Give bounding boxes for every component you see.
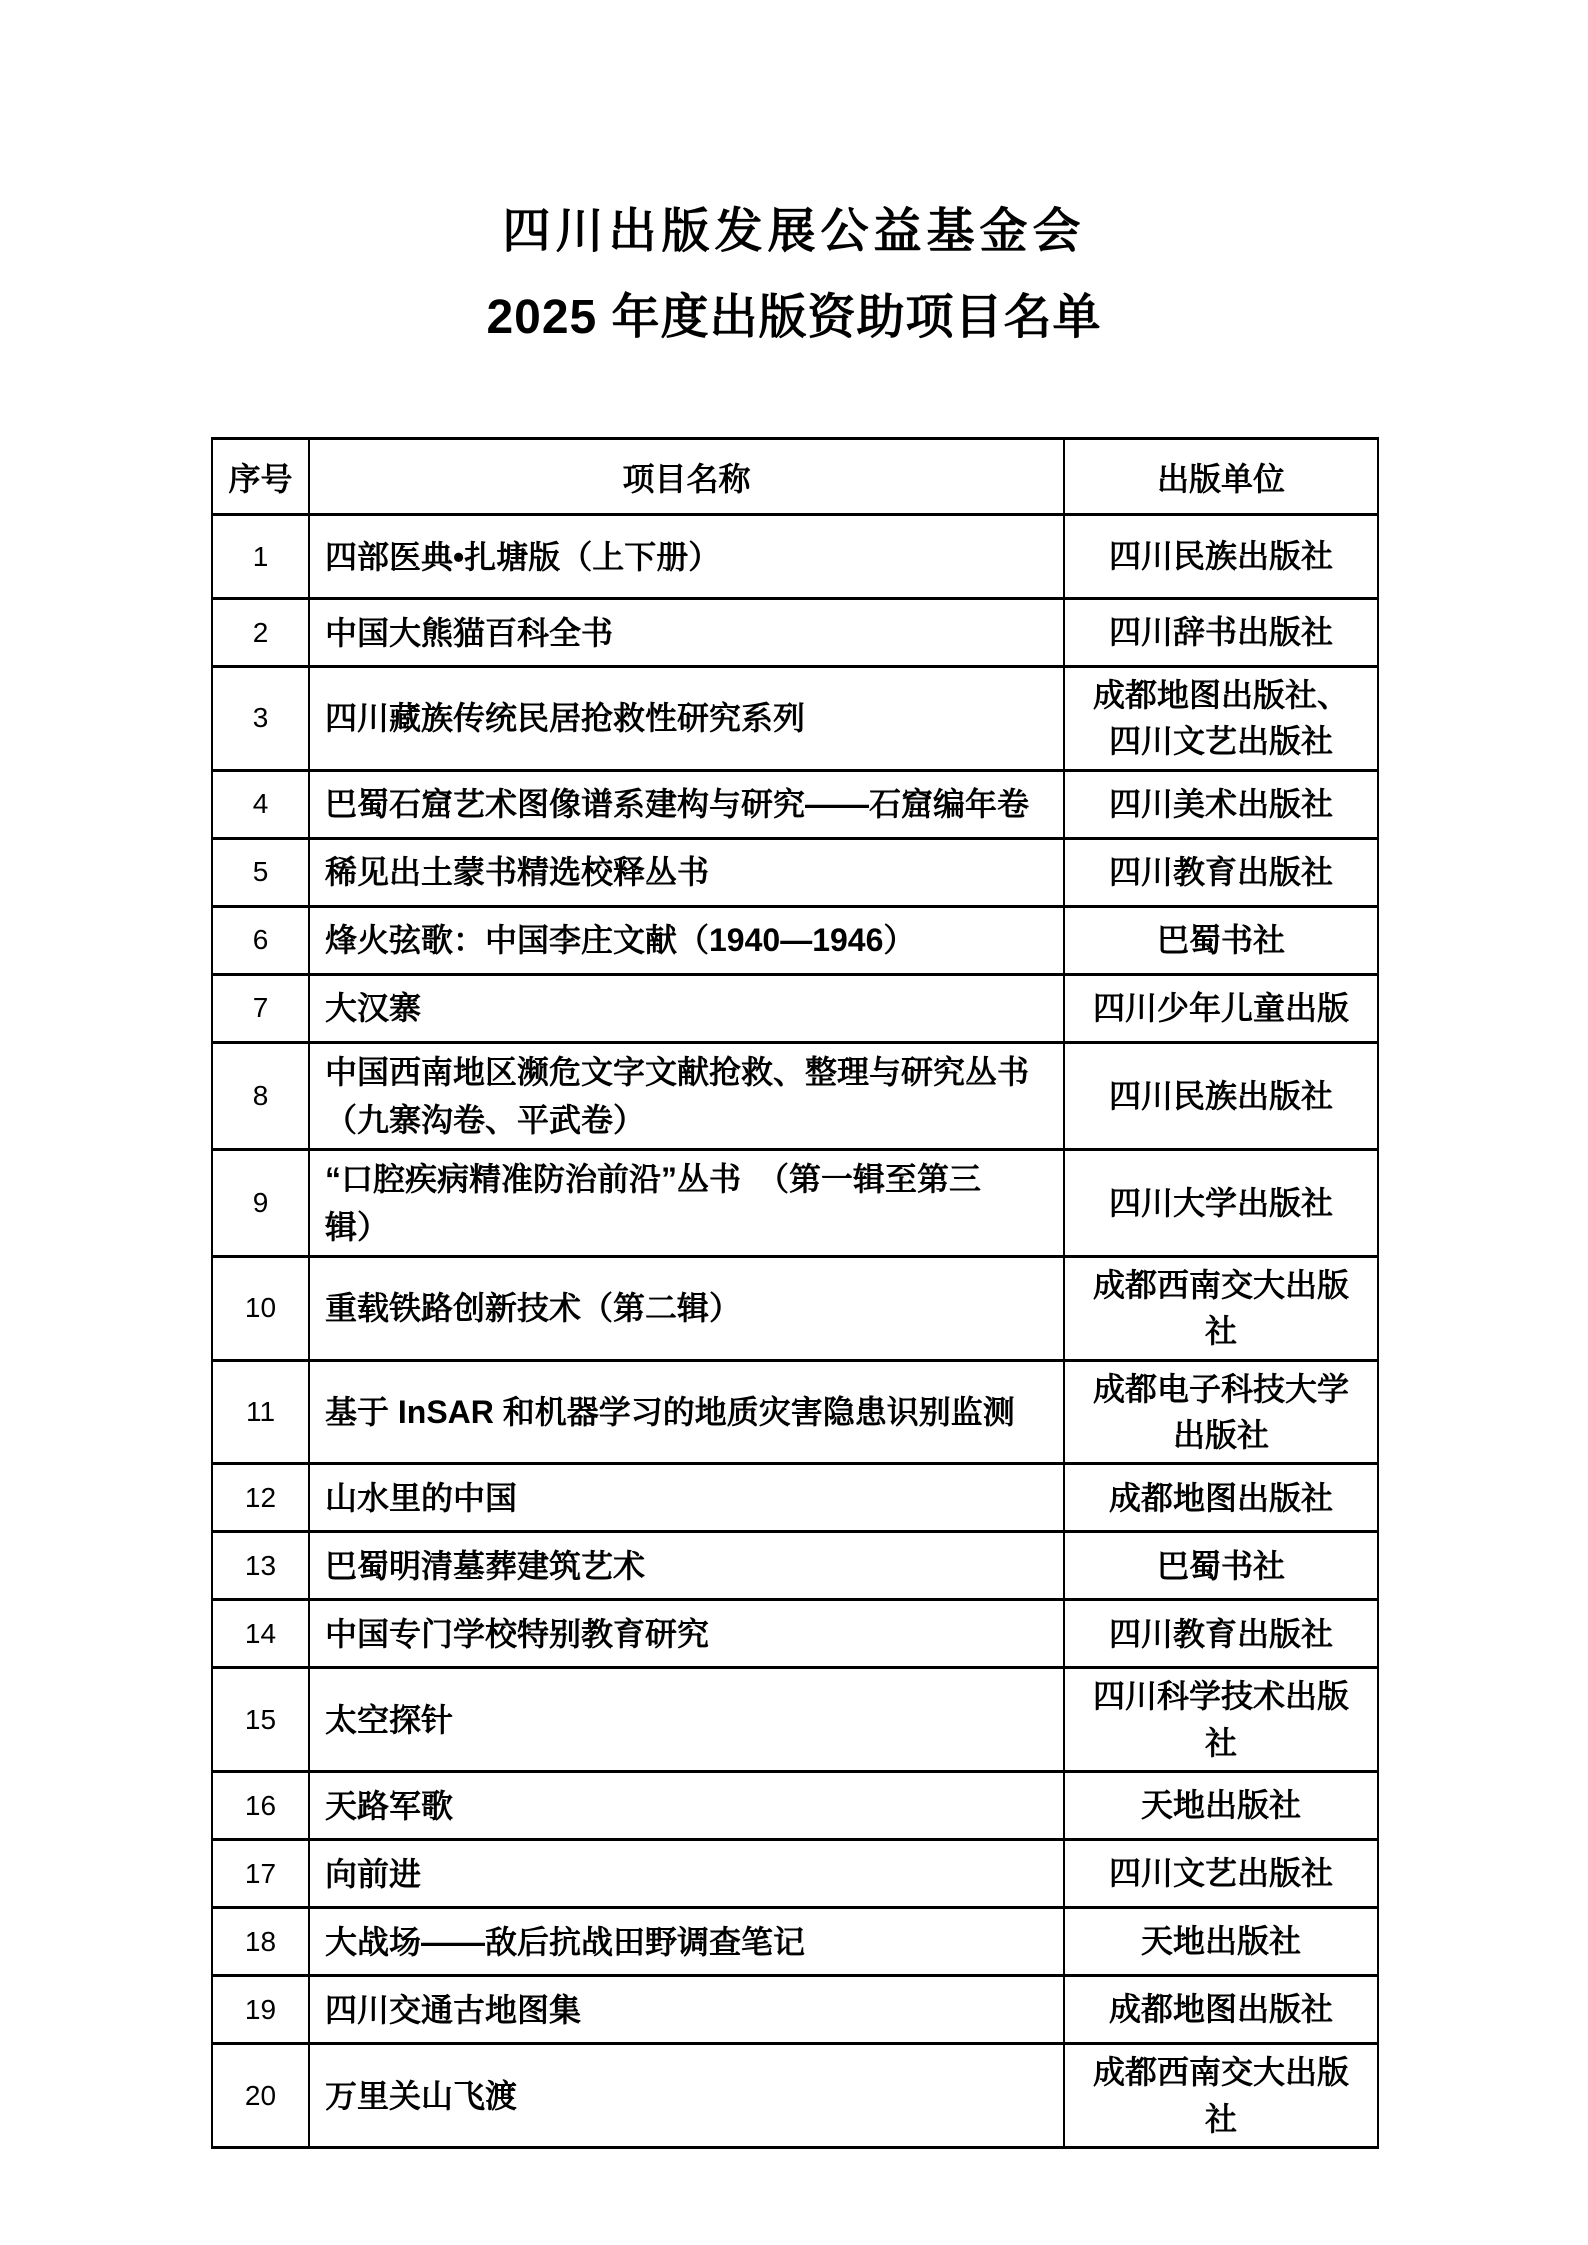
table-row: 7大汉寨四川少年儿童出版 bbox=[212, 974, 1378, 1042]
row-index-cell: 8 bbox=[212, 1042, 309, 1149]
row-index-cell: 5 bbox=[212, 838, 309, 906]
header-publisher: 出版单位 bbox=[1064, 439, 1378, 515]
row-index-cell: 9 bbox=[212, 1149, 309, 1256]
table-body: 1四部医典•扎塘版（上下册）四川民族出版社2中国大熊猫百科全书四川辞书出版社3四… bbox=[212, 515, 1378, 2148]
publisher-cell: 成都西南交大出版 社 bbox=[1064, 2044, 1378, 2148]
table-row: 14中国专门学校特别教育研究四川教育出版社 bbox=[212, 1600, 1378, 1668]
row-index-cell: 14 bbox=[212, 1600, 309, 1668]
project-name-cell: 四部医典•扎塘版（上下册） bbox=[309, 515, 1064, 599]
publisher-cell: 成都西南交大出版 社 bbox=[1064, 1256, 1378, 1360]
project-name-cell: 万里关山飞渡 bbox=[309, 2044, 1064, 2148]
table-row: 1四部医典•扎塘版（上下册）四川民族出版社 bbox=[212, 515, 1378, 599]
publisher-cell: 成都地图出版社 bbox=[1064, 1464, 1378, 1532]
table-row: 11基于 InSAR 和机器学习的地质灾害隐患识别监测成都电子科技大学 出版社 bbox=[212, 1360, 1378, 1464]
publisher-cell: 四川科学技术出版 社 bbox=[1064, 1668, 1378, 1772]
table-row: 10重载铁路创新技术（第二辑）成都西南交大出版 社 bbox=[212, 1256, 1378, 1360]
table-row: 16天路军歌天地出版社 bbox=[212, 1772, 1378, 1840]
row-index-cell: 17 bbox=[212, 1840, 309, 1908]
funding-projects-table: 序号 项目名称 出版单位 1四部医典•扎塘版（上下册）四川民族出版社2中国大熊猫… bbox=[211, 437, 1379, 2149]
publisher-cell: 成都电子科技大学 出版社 bbox=[1064, 1360, 1378, 1464]
table-row: 17向前进四川文艺出版社 bbox=[212, 1840, 1378, 1908]
row-index-cell: 7 bbox=[212, 974, 309, 1042]
project-name-cell: 重载铁路创新技术（第二辑） bbox=[309, 1256, 1064, 1360]
project-name-cell: 太空探针 bbox=[309, 1668, 1064, 1772]
project-name-cell: 基于 InSAR 和机器学习的地质灾害隐患识别监测 bbox=[309, 1360, 1064, 1464]
publisher-cell: 天地出版社 bbox=[1064, 1908, 1378, 1976]
row-index-cell: 16 bbox=[212, 1772, 309, 1840]
project-name-cell: 山水里的中国 bbox=[309, 1464, 1064, 1532]
project-name-cell: 天路军歌 bbox=[309, 1772, 1064, 1840]
publisher-cell: 成都地图出版社 bbox=[1064, 1976, 1378, 2044]
row-index-cell: 11 bbox=[212, 1360, 309, 1464]
document-title-line1: 四川出版发展公益基金会 bbox=[0, 204, 1588, 259]
row-index-cell: 12 bbox=[212, 1464, 309, 1532]
project-name-cell: 四川藏族传统民居抢救性研究系列 bbox=[309, 667, 1064, 771]
row-index-cell: 3 bbox=[212, 667, 309, 771]
publisher-cell: 四川辞书出版社 bbox=[1064, 599, 1378, 667]
project-name-cell: 四川交通古地图集 bbox=[309, 1976, 1064, 2044]
publisher-cell: 四川教育出版社 bbox=[1064, 1600, 1378, 1668]
row-index-cell: 13 bbox=[212, 1532, 309, 1600]
table-row: 20万里关山飞渡成都西南交大出版 社 bbox=[212, 2044, 1378, 2148]
project-name-cell: 稀见出土蒙书精选校释丛书 bbox=[309, 838, 1064, 906]
row-index-cell: 6 bbox=[212, 906, 309, 974]
table-row: 8中国西南地区濒危文字文献抢救、整理与研究丛书 （九寨沟卷、平武卷）四川民族出版… bbox=[212, 1042, 1378, 1149]
project-name-cell: 烽火弦歌：中国李庄文献（1940—1946） bbox=[309, 906, 1064, 974]
table-row: 18大战场——敌后抗战田野调查笔记天地出版社 bbox=[212, 1908, 1378, 1976]
row-index-cell: 18 bbox=[212, 1908, 309, 1976]
row-index-cell: 20 bbox=[212, 2044, 309, 2148]
project-name-cell: “口腔疾病精准防治前沿”丛书 （第一辑至第三 辑） bbox=[309, 1149, 1064, 1256]
publisher-cell: 四川教育出版社 bbox=[1064, 838, 1378, 906]
project-name-cell: 巴蜀石窟艺术图像谱系建构与研究——石窟编年卷 bbox=[309, 770, 1064, 838]
row-index-cell: 2 bbox=[212, 599, 309, 667]
publisher-cell: 四川民族出版社 bbox=[1064, 515, 1378, 599]
table-row: 2中国大熊猫百科全书四川辞书出版社 bbox=[212, 599, 1378, 667]
header-index: 序号 bbox=[212, 439, 309, 515]
document-page: 四川出版发展公益基金会 2025 年度出版资助项目名单 序号 项目名称 出版单位… bbox=[0, 0, 1588, 2245]
publisher-cell: 成都地图出版社、 四川文艺出版社 bbox=[1064, 667, 1378, 771]
row-index-cell: 4 bbox=[212, 770, 309, 838]
row-index-cell: 15 bbox=[212, 1668, 309, 1772]
table-header-row: 序号 项目名称 出版单位 bbox=[212, 439, 1378, 515]
publisher-cell: 四川美术出版社 bbox=[1064, 770, 1378, 838]
publisher-cell: 四川大学出版社 bbox=[1064, 1149, 1378, 1256]
table-row: 5稀见出土蒙书精选校释丛书四川教育出版社 bbox=[212, 838, 1378, 906]
row-index-cell: 19 bbox=[212, 1976, 309, 2044]
table-row: 3四川藏族传统民居抢救性研究系列成都地图出版社、 四川文艺出版社 bbox=[212, 667, 1378, 771]
publisher-cell: 巴蜀书社 bbox=[1064, 906, 1378, 974]
document-title-line2: 2025 年度出版资助项目名单 bbox=[0, 290, 1588, 345]
row-index-cell: 1 bbox=[212, 515, 309, 599]
table-row: 6烽火弦歌：中国李庄文献（1940—1946）巴蜀书社 bbox=[212, 906, 1378, 974]
publisher-cell: 四川文艺出版社 bbox=[1064, 1840, 1378, 1908]
publisher-cell: 巴蜀书社 bbox=[1064, 1532, 1378, 1600]
project-name-cell: 中国西南地区濒危文字文献抢救、整理与研究丛书 （九寨沟卷、平武卷） bbox=[309, 1042, 1064, 1149]
project-name-cell: 大汉寨 bbox=[309, 974, 1064, 1042]
project-name-cell: 中国大熊猫百科全书 bbox=[309, 599, 1064, 667]
project-name-cell: 中国专门学校特别教育研究 bbox=[309, 1600, 1064, 1668]
table-row: 4巴蜀石窟艺术图像谱系建构与研究——石窟编年卷四川美术出版社 bbox=[212, 770, 1378, 838]
table-row: 15太空探针四川科学技术出版 社 bbox=[212, 1668, 1378, 1772]
project-name-cell: 大战场——敌后抗战田野调查笔记 bbox=[309, 1908, 1064, 1976]
table-row: 19四川交通古地图集成都地图出版社 bbox=[212, 1976, 1378, 2044]
publisher-cell: 天地出版社 bbox=[1064, 1772, 1378, 1840]
project-name-cell: 向前进 bbox=[309, 1840, 1064, 1908]
publisher-cell: 四川少年儿童出版 bbox=[1064, 974, 1378, 1042]
table-row: 13巴蜀明清墓葬建筑艺术巴蜀书社 bbox=[212, 1532, 1378, 1600]
header-project-name: 项目名称 bbox=[309, 439, 1064, 515]
table-row: 9“口腔疾病精准防治前沿”丛书 （第一辑至第三 辑）四川大学出版社 bbox=[212, 1149, 1378, 1256]
row-index-cell: 10 bbox=[212, 1256, 309, 1360]
project-name-cell: 巴蜀明清墓葬建筑艺术 bbox=[309, 1532, 1064, 1600]
table-row: 12山水里的中国成都地图出版社 bbox=[212, 1464, 1378, 1532]
publisher-cell: 四川民族出版社 bbox=[1064, 1042, 1378, 1149]
